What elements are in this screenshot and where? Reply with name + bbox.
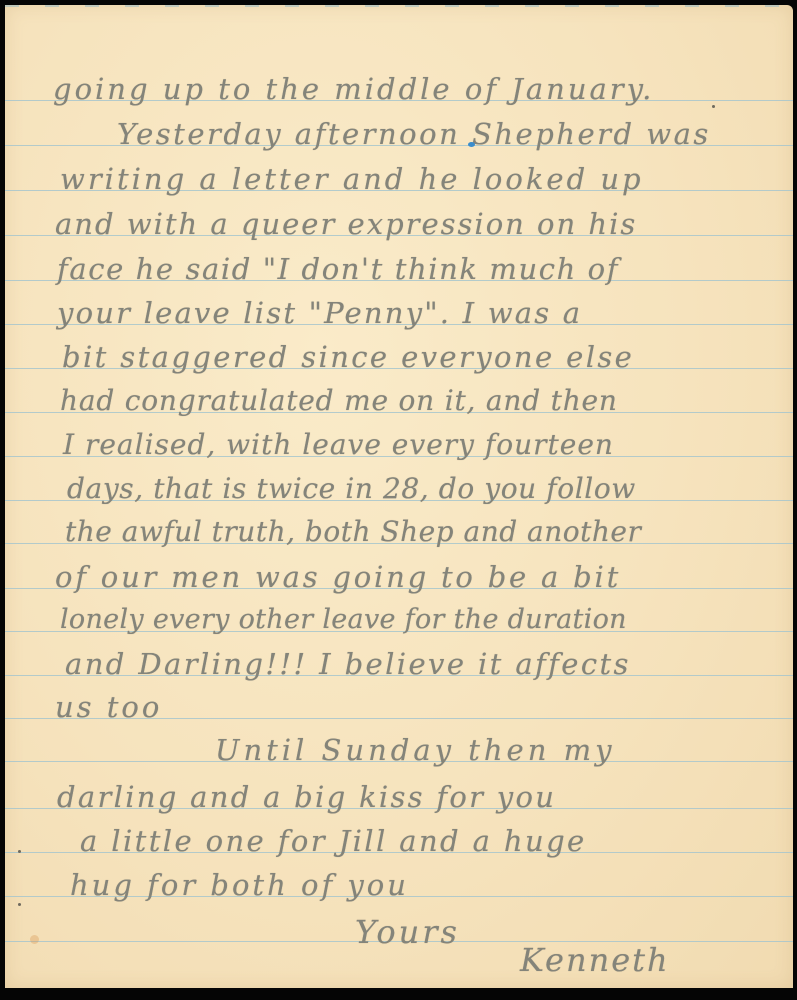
paper-stain: [30, 935, 39, 944]
letter-line-19: hug for both of you: [70, 870, 409, 900]
letter-line-12: of our men was going to be a bit: [55, 562, 621, 592]
letter-line-13: lonely every other leave for the duratio…: [60, 605, 627, 635]
pencil-speck: [712, 105, 715, 108]
letter-signature: Kenneth: [520, 945, 670, 975]
letter-line-8: had congratulated me on it, and then: [60, 386, 618, 416]
letter-line-1: going up to the middle of January.: [53, 74, 654, 104]
letter-line-15: us too: [55, 692, 162, 722]
letter-line-14: and Darling!!! I believe it affects: [65, 649, 631, 679]
pencil-speck: [18, 850, 21, 853]
letter-line-17: darling and a big kiss for you: [57, 782, 556, 812]
letter-line-7: bit staggered since everyone else: [62, 342, 634, 372]
letter-line-11: the awful truth, both Shep and another: [65, 517, 641, 547]
letter-line-16: Until Sunday then my: [215, 735, 616, 765]
letter-line-5: face he said "I don't think much of: [57, 254, 619, 284]
letter-line-6: your leave list "Penny". I was a: [57, 298, 582, 328]
letter-line-9: I realised, with leave every fourteen: [63, 430, 614, 460]
letter-page: going up to the middle of January. Yeste…: [5, 5, 793, 988]
letter-line-2: Yesterday afternoon Shepherd was: [117, 119, 711, 149]
paper-top-edge: [5, 5, 793, 7]
pencil-speck: [18, 903, 21, 906]
letter-line-3: writing a letter and he looked up: [60, 164, 644, 194]
letter-line-18: a little one for Jill and a huge: [80, 826, 587, 856]
letter-line-4: and with a queer expression on his: [55, 209, 637, 239]
ink-blot: [468, 142, 475, 147]
letter-line-10: days, that is twice in 28, do you follow: [67, 474, 636, 504]
letter-closing: Yours: [355, 917, 460, 947]
